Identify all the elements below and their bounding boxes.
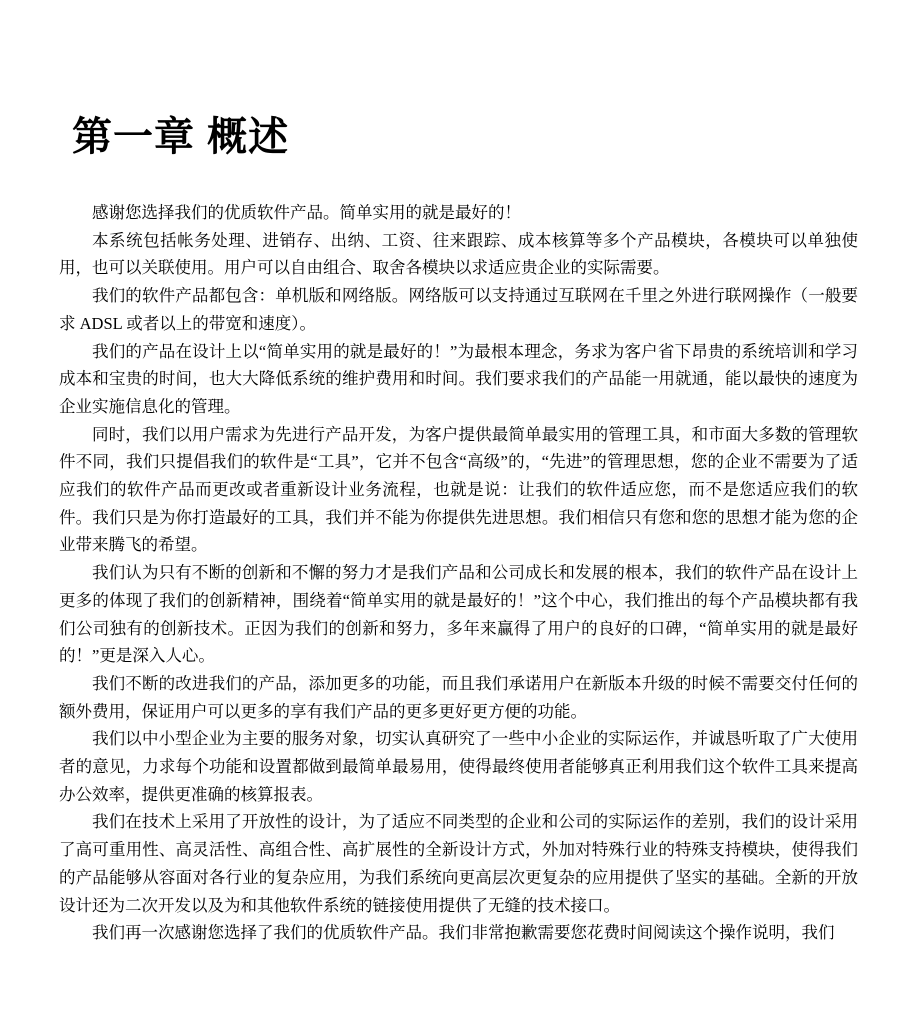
paragraph: 我们再一次感谢您选择了我们的优质软件产品。我们非常抱歉需要您花费时间阅读这个操作… (59, 919, 858, 947)
document-body: 感谢您选择我们的优质软件产品。简单实用的就是最好的！ 本系统包括帐务处理、进销存… (59, 199, 858, 947)
paragraph: 我们认为只有不断的创新和不懈的努力才是我们产品和公司成长和发展的根本，我们的软件… (59, 559, 858, 670)
paragraph: 本系统包括帐务处理、进销存、出纳、工资、往来跟踪、成本核算等多个产品模块，各模块… (59, 227, 858, 282)
paragraph: 我们在技术上采用了开放性的设计，为了适应不同类型的企业和公司的实际运作的差别，我… (59, 808, 858, 919)
paragraph: 同时，我们以用户需求为先进行产品开发，为客户提供最简单最实用的管理工具，和市面大… (59, 421, 858, 560)
chapter-title: 第一章 概述 (72, 112, 289, 162)
paragraph: 我们不断的改进我们的产品，添加更多的功能，而且我们承诺用户在新版本升级的时候不需… (59, 670, 858, 725)
paragraph: 我们的软件产品都包含：单机版和网络版。网络版可以支持通过互联网在千里之外进行联网… (59, 282, 858, 337)
paragraph: 我们的产品在设计上以“简单实用的就是最好的！”为最根本理念，务求为客户省下昂贵的… (59, 338, 858, 421)
paragraph: 感谢您选择我们的优质软件产品。简单实用的就是最好的！ (59, 199, 858, 227)
paragraph: 我们以中小型企业为主要的服务对象，切实认真研究了一些中小企业的实际运作，并诚恳听… (59, 725, 858, 808)
document-page: 第一章 概述 感谢您选择我们的优质软件产品。简单实用的就是最好的！ 本系统包括帐… (0, 0, 920, 1021)
